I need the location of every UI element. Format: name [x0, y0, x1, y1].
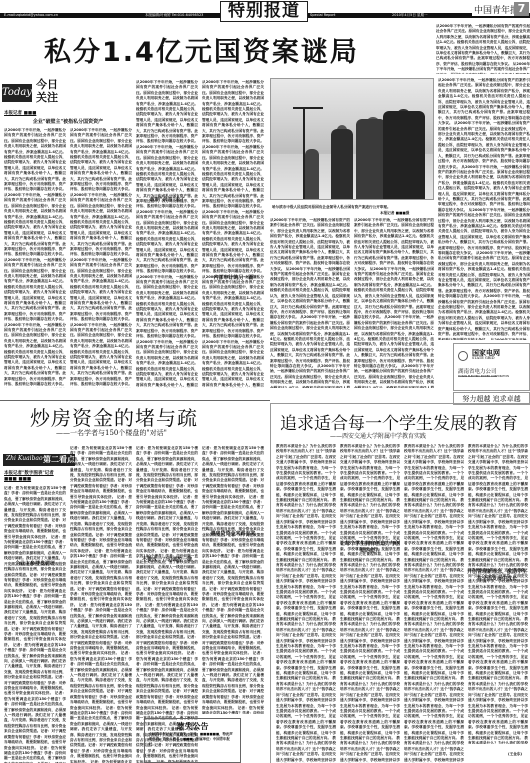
- story-two-subheadline: ——一名学者与150个楼盘的"对话": [56, 428, 167, 438]
- story-two-subheading-3: 避房贷资金来路有来: [204, 530, 262, 537]
- story-three-col-1: 教育的本质是什么？为什么我们的学校培养不出杰出的人才？这个"钱学森之问"引起了社…: [276, 444, 336, 763]
- issue-date: 2010年4月5日 星期一: [392, 13, 427, 18]
- main-story-text-top-right: 从2000年下半年开始，一起涉嫌私分国有资产的案件引起社会各界广泛关注。原国有企…: [436, 24, 530, 74]
- story-three-subheading-1: 让每个学生拥有创造力与创造的能力: [340, 540, 400, 554]
- story-two-col-2: 记者：您为何要调查北京的150个楼盘？学者：房价问题一直是社会关注的焦点，要了解…: [70, 446, 132, 763]
- badge-en: Today: [2, 84, 32, 102]
- second-look-badge-en: Zhi Kuaibao: [6, 455, 43, 462]
- main-story-col-6: 从2000年下半年开始，一起涉嫌私分国有资产的案件引起社会各界广泛关注。原国有企…: [354, 218, 434, 388]
- badge-line2: 关注: [36, 91, 58, 104]
- section-divider: [0, 400, 270, 401]
- story-three-subheading-2: 开创管理新理念，激励学生在全面发展中成长: [466, 568, 528, 582]
- story-two-byline-1: 本报记者"数字图表"记者: [4, 470, 54, 476]
- section-title: 特别报道: [220, 1, 308, 22]
- page-header: E-mail:zqbzbtd@yahoo.com.cn 本版编辑/叶雨婷 Tel…: [0, 0, 530, 24]
- story-two-col-1: 记者：您为何要调查北京的150个楼盘？学者：房价问题一直是社会关注的焦点，要了解…: [4, 486, 66, 763]
- story-three-col-4: 教育的本质是什么？为什么我们的学校培养不出杰出的人才？这个"钱学森之问"引起了社…: [468, 444, 528, 744]
- main-story-col-1: 从2000年下半年开始，一起涉嫌私分国有资产的案件引起社会各界广泛关注。原国有企…: [4, 128, 66, 388]
- page-number: 7: [514, 2, 529, 16]
- ad-province-en: HUNAN ELECTRIC POWER CORPORATION: [458, 375, 509, 378]
- courtroom-photo: [270, 78, 434, 200]
- story-three-col-2: 教育的本质是什么？为什么我们的学校培养不出杰出的人才？这个"钱学森之问"引起了社…: [340, 444, 400, 763]
- figure-defendant: [356, 119, 386, 199]
- state-grid-ad[interactable]: 国家电网 STATE GRID 湖南省电力公司 HUNAN ELECTRIC P…: [453, 343, 530, 391]
- lost-notice-box: 遗失公告 中国青年报社记者证遗失，证号：■■■■■■，特此声明作废。遗失人姓名：…: [144, 718, 241, 763]
- notice-body: 中国青年报社记者证遗失，证号：■■■■■■，特此声明作废。遗失人姓名：■■■，所…: [149, 732, 236, 762]
- main-byline: 本报记者 ■■■: [4, 110, 36, 116]
- main-story-col-2: 从2000年下半年开始，一起涉嫌私分国有资产的案件引起社会各界广泛关注。原国有企…: [70, 128, 132, 388]
- ad-company-en: STATE GRID: [472, 356, 495, 360]
- inline-heading-1: 改制"余音"未了: [140, 196, 195, 203]
- story-two-byline-2: ■■■ ■■■: [4, 477, 31, 482]
- photo-credit: 本报记者 ■■■摄: [380, 211, 409, 216]
- header-editor-tel: 本版编辑/叶雨婷 Tel:010-64098523: [145, 13, 203, 18]
- story-two-subheading-2: 不赞成一刀切调控一律: [138, 556, 196, 563]
- story-three-col-3: 教育的本质是什么？为什么我们的学校培养不出杰出的人才？这个"钱学森之问"引起了社…: [404, 444, 464, 763]
- state-grid-logo-icon: [458, 351, 468, 361]
- section-title-en: Special Report: [310, 13, 335, 18]
- main-story-col-3: 从2000年下半年开始，一起涉嫌私分国有资产的案件引起社会各界广泛关注。原国有企…: [136, 80, 198, 388]
- main-story-col-7: 从2000年下半年开始，一起涉嫌私分国有资产的案件引起社会各界广泛关注。原国有企…: [438, 78, 530, 340]
- mic-stand: [303, 109, 305, 200]
- main-story-col-4: 从2000年下半年开始，一起涉嫌私分国有资产的案件引起社会各界广泛关注。原国有企…: [202, 80, 264, 388]
- inline-heading-2: 内部审计的另一面: [206, 274, 261, 281]
- figure-police: [383, 111, 425, 199]
- badge-line1: 今日: [36, 78, 58, 91]
- main-story-col-5: 从2000年下半年开始，一起涉嫌私分国有资产的案件引起社会各界广泛关注。原国有企…: [270, 218, 350, 388]
- main-headline: 私分1.4亿元国资案谜局: [44, 30, 359, 69]
- today-focus-badge: Today 今日 关注: [2, 78, 64, 105]
- story-three-signoff: (王金东): [508, 752, 522, 757]
- header-email: E-mail:zqbzbtd@yahoo.com.cn: [4, 13, 58, 18]
- story-two-headline: 炒房资金的堵与疏: [30, 402, 198, 431]
- story-two-subheading-1: 企业主参楼盘调研: [6, 560, 64, 567]
- story-two-col-4: 记者：您为何要调查北京的150个楼盘？学者：房价问题一直是社会关注的焦点，要了解…: [202, 446, 264, 714]
- notice-title: 遗失公告: [145, 721, 240, 732]
- main-subheading: 企业"破壁主"被指私分国资资产: [8, 118, 128, 125]
- story-two-col-3: 记者：您为何要调查北京的150个楼盘？学者：房价问题一直是社会关注的焦点，要了解…: [136, 446, 198, 763]
- photo-caption: 哈尔滨市中级人民法院对原国有企业领导人私分国有资产案进行公开审理。: [272, 205, 432, 210]
- story-three-subheadline: ——西安交通大学附属中学教育实践: [330, 431, 426, 440]
- second-look-badge: Zhi Kuaibao 第二看点: [3, 454, 75, 466]
